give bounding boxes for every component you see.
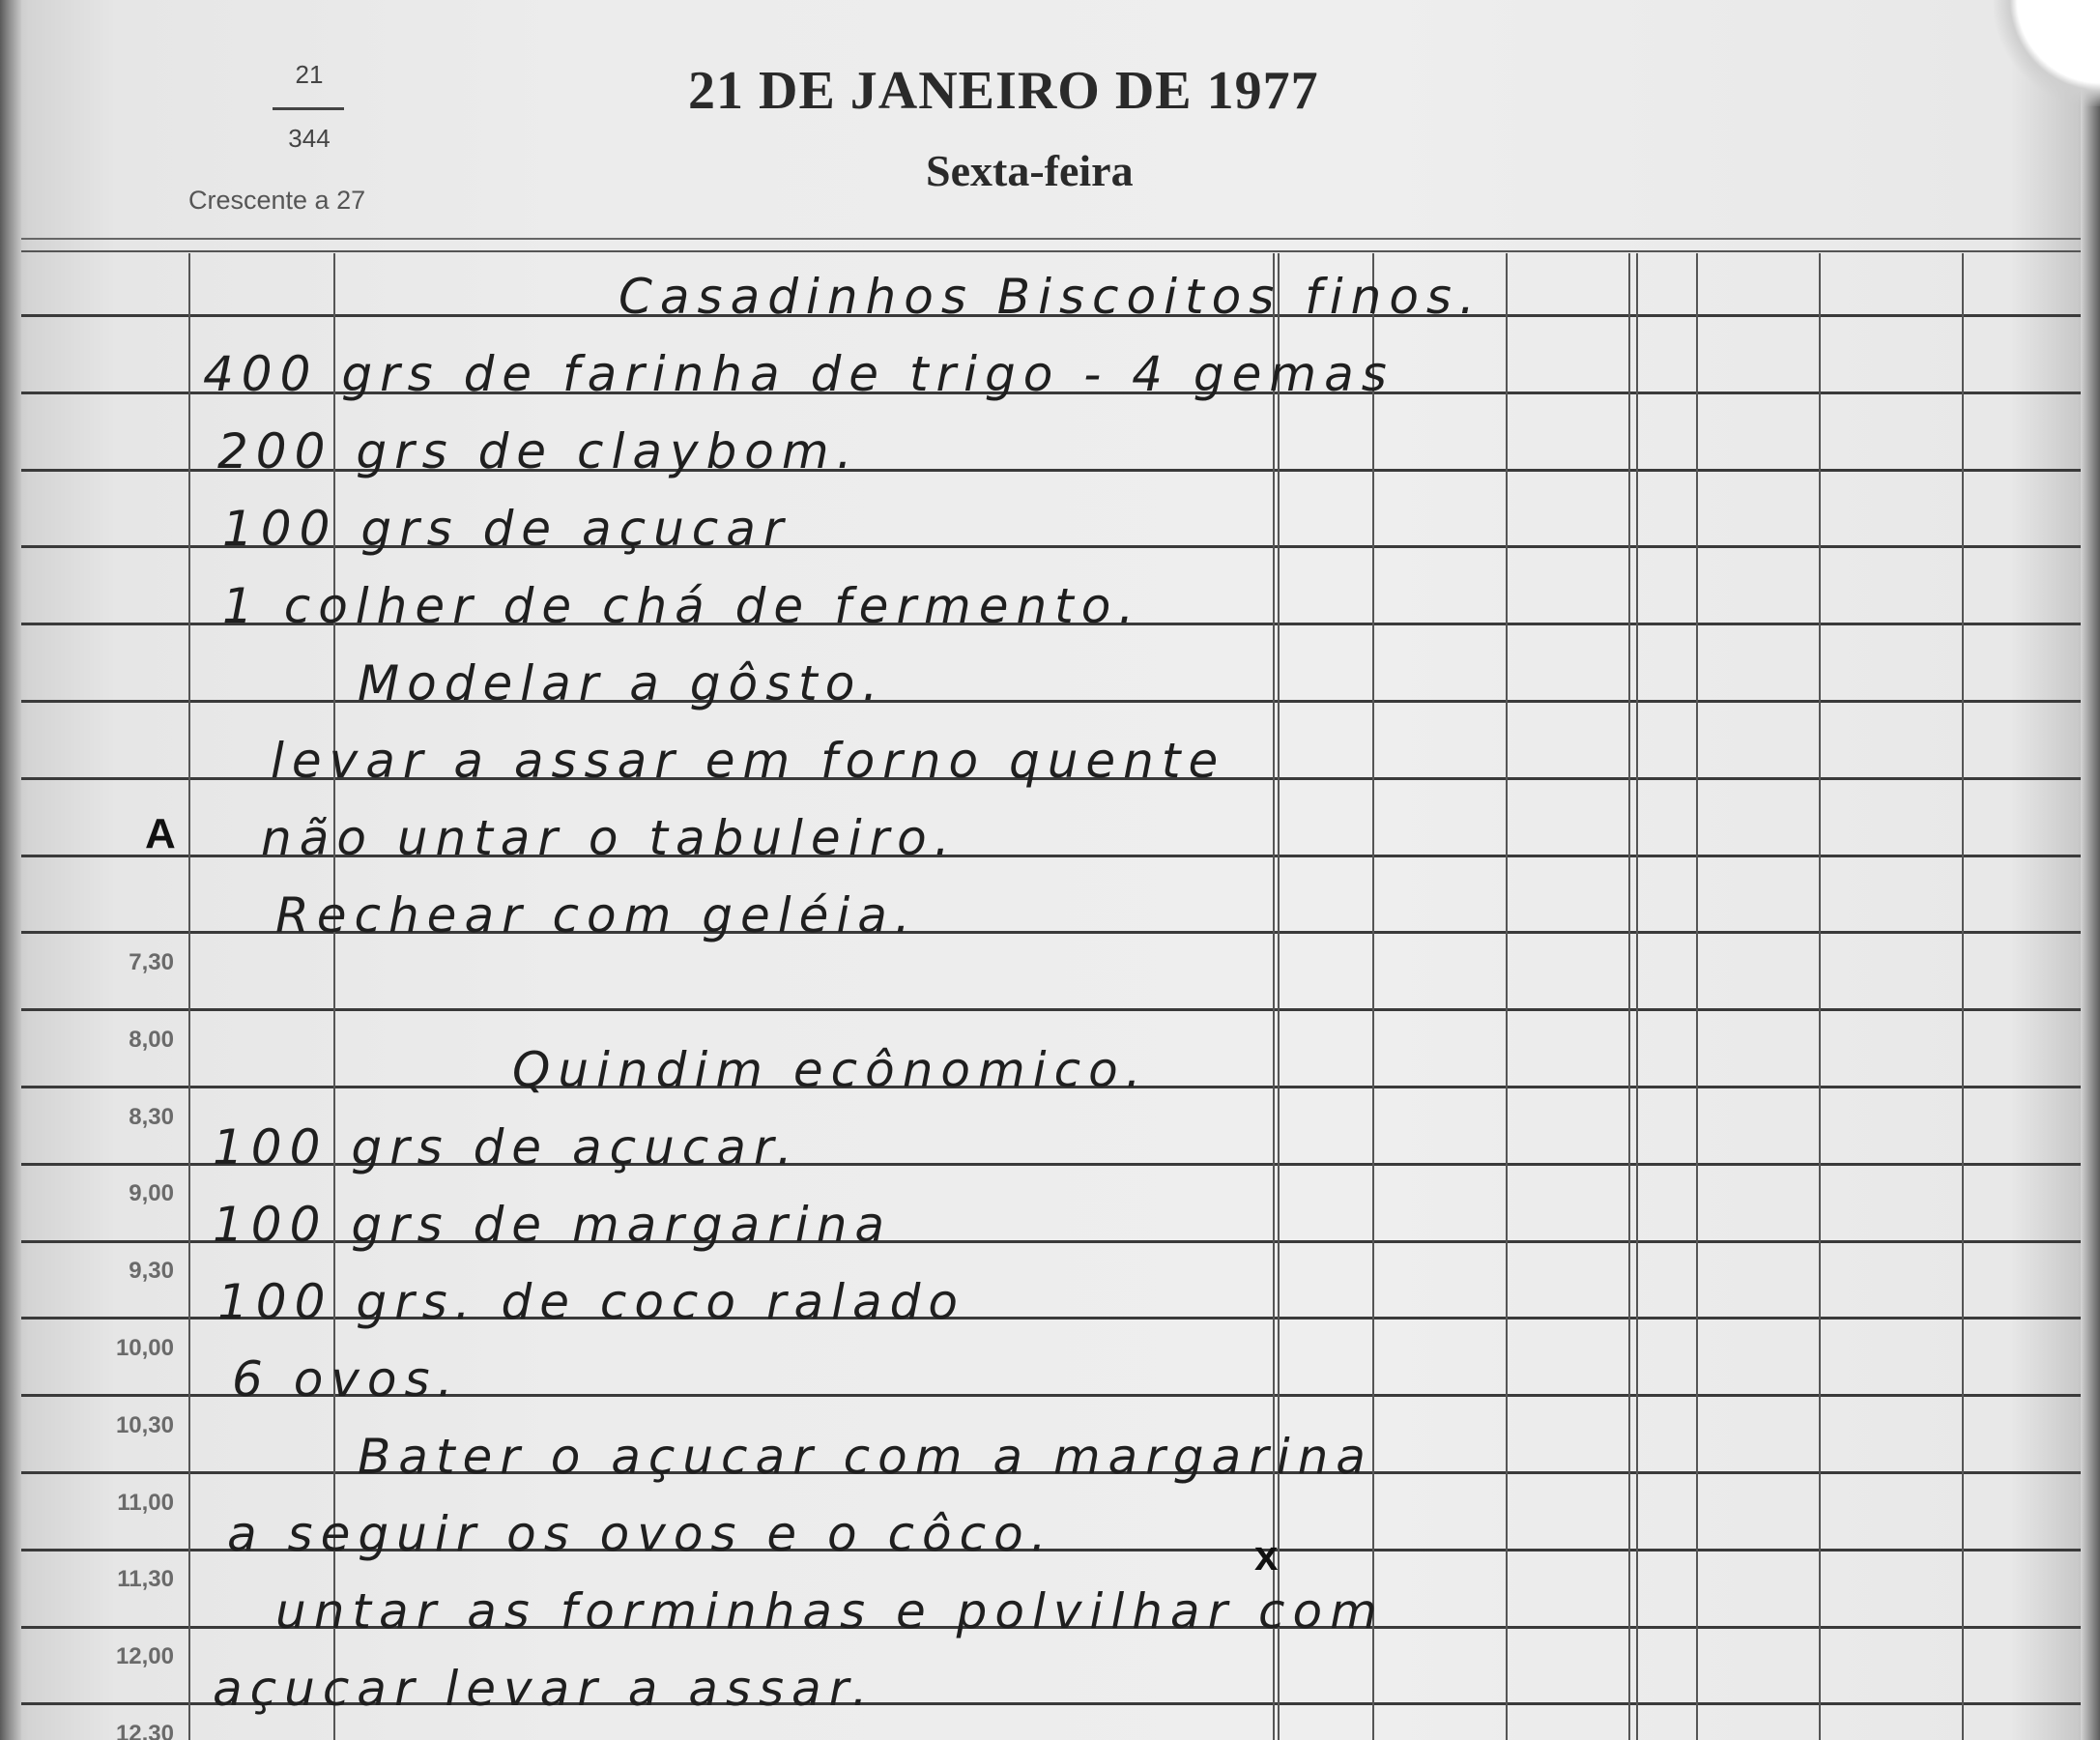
page-corner-curl xyxy=(1994,0,2100,106)
recipe-line: Rechear com geléia. xyxy=(275,887,918,943)
time-slot-label: 10,30 xyxy=(92,1412,174,1439)
time-slot-label: 10,00 xyxy=(92,1335,174,1362)
recipe-title: Casadinhos Biscoitos finos. xyxy=(618,269,1482,325)
recipe-line: levar a assar em forno quente xyxy=(271,733,1225,789)
fraction-divider xyxy=(273,107,344,110)
recipe-line: Modelar a gôsto. xyxy=(358,655,885,711)
recipe-line: 100 grs de açucar xyxy=(222,501,791,557)
ink-mark: x xyxy=(1254,1532,1278,1580)
day-of-month: 21 xyxy=(271,60,348,90)
column-line xyxy=(1696,253,1698,1740)
recipe-line: não untar o tabuleiro. xyxy=(261,810,958,866)
column-line xyxy=(1372,253,1374,1740)
weekday: Sexta-feira xyxy=(926,145,1134,196)
recipe-line: 1 colher de chá de fermento. xyxy=(222,578,1141,634)
recipe-line: 6 ovos. xyxy=(232,1351,460,1407)
time-slot-label: 12,30 xyxy=(92,1721,174,1740)
recipe-line: untar as forminhas e polvilhar com xyxy=(275,1583,1385,1639)
column-line xyxy=(1278,253,1280,1740)
recipe-title: Quindim ecônomico. xyxy=(512,1042,1149,1098)
date-title: 21 DE JANEIRO DE 1977 xyxy=(688,60,1319,122)
header-rule xyxy=(21,250,2081,252)
column-line xyxy=(1819,253,1821,1740)
header-rule xyxy=(21,238,2081,240)
time-slot-label: 11,00 xyxy=(92,1490,174,1517)
time-slot-label: 9,30 xyxy=(92,1258,174,1285)
column-line xyxy=(1962,253,1964,1740)
recipe-line: 100 grs de açucar. xyxy=(213,1119,800,1175)
column-line xyxy=(1636,253,1638,1740)
ruled-line xyxy=(21,1008,2081,1011)
page-binding xyxy=(0,0,21,1740)
column-line xyxy=(1628,253,1630,1740)
recipe-line: açucar levar a assar. xyxy=(213,1661,876,1717)
time-slot-label: 7,30 xyxy=(92,949,174,976)
time-slot-label: 12,00 xyxy=(92,1643,174,1670)
column-line xyxy=(1273,253,1275,1740)
time-slot-label: 8,30 xyxy=(92,1104,174,1131)
time-slot-label: 9,00 xyxy=(92,1180,174,1207)
recipe-line: 400 grs de farinha de trigo - 4 gemas xyxy=(203,346,1395,402)
moon-phase: Crescente a 27 xyxy=(188,186,365,216)
recipe-line: a seguir os ovos e o côco. xyxy=(227,1506,1054,1562)
recipe-line: Bater o açucar com a margarina xyxy=(358,1429,1373,1485)
recipe-line: 100 grs. de coco ralado xyxy=(217,1274,965,1330)
recipe-line: 200 grs de claybom. xyxy=(217,423,860,479)
time-slot-label: 11,30 xyxy=(92,1566,174,1593)
recipe-line: 100 grs de margarina xyxy=(213,1197,892,1253)
time-slot-label: 8,00 xyxy=(92,1027,174,1054)
column-line xyxy=(188,253,190,1740)
ruled-line xyxy=(21,700,2081,703)
diary-page: 21 344 Crescente a 27 21 DE JANEIRO DE 1… xyxy=(0,0,2100,1740)
margin-mark: A xyxy=(145,810,176,858)
day-of-year: 344 xyxy=(271,124,348,154)
page-edge xyxy=(2081,0,2100,1740)
column-line xyxy=(1506,253,1508,1740)
